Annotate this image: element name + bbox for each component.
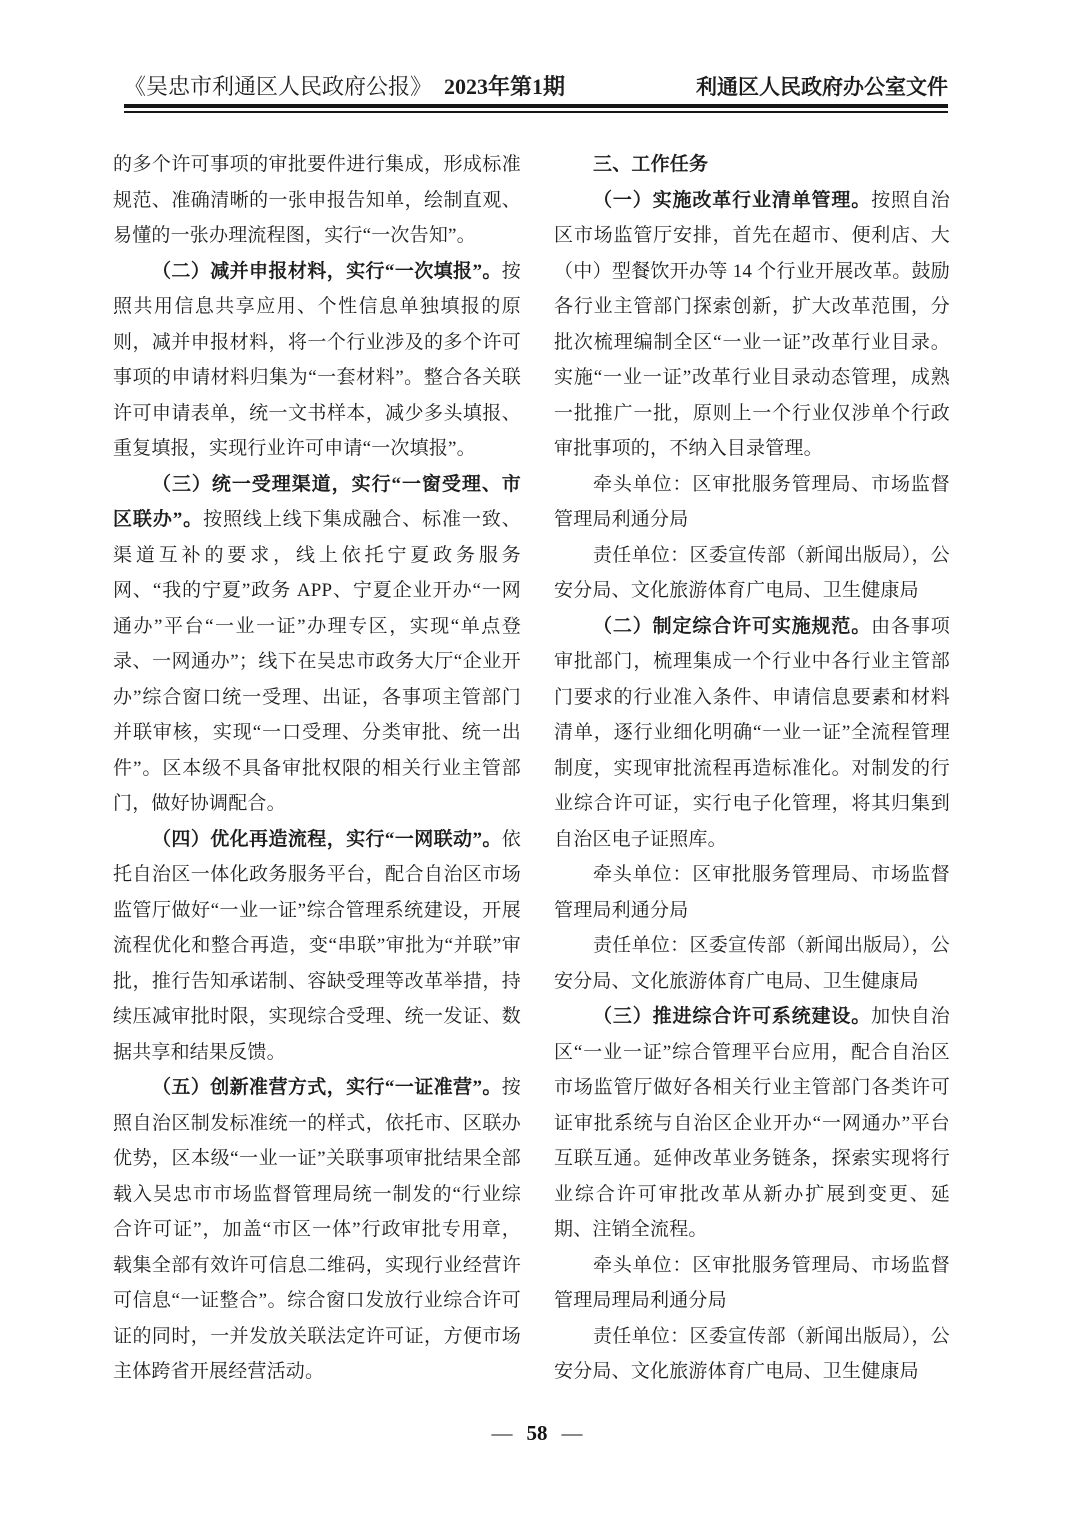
header-double-rule bbox=[124, 104, 948, 108]
paragraph-text: 责任单位：区委宣传部（新闻出版局），公安分局、文化旅游体育广电局、卫生健康局 bbox=[554, 1326, 950, 1383]
unit-line: 牵头单位：区审批服务管理局、市场监督管理局利通分局 bbox=[554, 857, 950, 928]
paragraph-text: 责任单位：区委宣传部（新闻出版局），公安分局、文化旅游体育广电局、卫生健康局 bbox=[554, 935, 950, 992]
body-paragraph: （一）实施改革行业清单管理。按照自治区市场监管厅安排，首先在超市、便利店、大（中… bbox=[554, 183, 950, 467]
page-footer: —58— bbox=[0, 1421, 1074, 1446]
paragraph-text: 责任单位：区委宣传部（新闻出版局），公安分局、文化旅游体育广电局、卫生健康局 bbox=[554, 545, 950, 602]
paragraph-text: 牵头单位：区审批服务管理局、市场监督管理局理局利通分局 bbox=[554, 1255, 950, 1312]
paragraph-text: 由各事项审批部门，梳理集成一个行业中各行业主管部门要求的行业准入条件、申请信息要… bbox=[554, 616, 950, 850]
gazette-issue: 2023年第1期 bbox=[444, 70, 565, 101]
paragraph-text: 依托自治区一体化政务服务平台，配合自治区市场监管厅做好“一业一证”综合管理系统建… bbox=[113, 829, 521, 1063]
page-header: 《吴忠市利通区人民政府公报》 2023年第1期 利通区人民政府办公室文件 bbox=[124, 70, 948, 101]
paragraph-text: 牵头单位：区审批服务管理局、市场监督管理局利通分局 bbox=[554, 864, 950, 921]
paragraph-text: 的多个许可事项的审批要件进行集成，形成标准规范、准确清晰的一张申报告知单，绘制直… bbox=[113, 154, 521, 246]
right-text-column: 三、工作任务（一）实施改革行业清单管理。按照自治区市场监管厅安排，首先在超市、便… bbox=[554, 147, 950, 1390]
paragraph-text: 加快自治区“一业一证”综合管理平台应用，配合自治区市场监管厅做好各相关行业主管部… bbox=[554, 1006, 950, 1240]
unit-line: 牵头单位：区审批服务管理局、市场监督管理局利通分局 bbox=[554, 467, 950, 538]
paragraph-text: 按照自治区制发标准统一的样式，依托市、区联办优势，区本级“一业一证”关联事项审批… bbox=[113, 1077, 521, 1382]
page-number: 58 bbox=[527, 1421, 548, 1445]
body-paragraph: （二）制定综合许可实施规范。由各事项审批部门，梳理集成一个行业中各行业主管部门要… bbox=[554, 609, 950, 858]
gazette-title: 《吴忠市利通区人民政府公报》 bbox=[124, 70, 432, 101]
unit-line: 责任单位：区委宣传部（新闻出版局），公安分局、文化旅游体育广电局、卫生健康局 bbox=[554, 1319, 950, 1390]
body-paragraph: （二）减并申报材料，实行“一次填报”。按照共用信息共享应用、个性信息单独填报的原… bbox=[113, 254, 521, 467]
body-paragraph: 的多个许可事项的审批要件进行集成，形成标准规范、准确清晰的一张申报告知单，绘制直… bbox=[113, 147, 521, 254]
paragraph-text: 按照线上线下集成融合、标准一致、渠道互补的要求，线上依托宁夏政务服务网、“我的宁… bbox=[113, 509, 521, 814]
doc-source-label: 利通区人民政府办公室文件 bbox=[696, 71, 948, 101]
paragraph-lead: （一）实施改革行业清单管理。 bbox=[593, 190, 871, 211]
paragraph-lead: （四）优化再造流程，实行“一网联动”。 bbox=[152, 829, 502, 850]
body-paragraph: （五）创新准营方式，实行“一证准营”。按照自治区制发标准统一的样式，依托市、区联… bbox=[113, 1070, 521, 1390]
body-paragraph: （三）统一受理渠道，实行“一窗受理、市区联办”。按照线上线下集成融合、标准一致、… bbox=[113, 467, 521, 822]
gazette-header-left: 《吴忠市利通区人民政府公报》 2023年第1期 bbox=[124, 70, 565, 101]
left-text-column: 的多个许可事项的审批要件进行集成，形成标准规范、准确清晰的一张申报告知单，绘制直… bbox=[113, 147, 521, 1390]
section-heading: 三、工作任务 bbox=[554, 147, 950, 183]
body-paragraph: （四）优化再造流程，实行“一网联动”。依托自治区一体化政务服务平台，配合自治区市… bbox=[113, 822, 521, 1071]
unit-line: 责任单位：区委宣传部（新闻出版局），公安分局、文化旅游体育广电局、卫生健康局 bbox=[554, 538, 950, 609]
footer-dash-right: — bbox=[562, 1421, 583, 1445]
paragraph-lead: （二）制定综合许可实施规范。 bbox=[593, 616, 871, 637]
unit-line: 牵头单位：区审批服务管理局、市场监督管理局理局利通分局 bbox=[554, 1248, 950, 1319]
unit-line: 责任单位：区委宣传部（新闻出版局），公安分局、文化旅游体育广电局、卫生健康局 bbox=[554, 928, 950, 999]
paragraph-lead: （三）推进综合许可系统建设。 bbox=[593, 1006, 871, 1027]
body-paragraph: （三）推进综合许可系统建设。加快自治区“一业一证”综合管理平台应用，配合自治区市… bbox=[554, 999, 950, 1248]
paragraph-text: 按照自治区市场监管厅安排，首先在超市、便利店、大（中）型餐饮开办等 14 个行业… bbox=[554, 190, 950, 460]
paragraph-text: 牵头单位：区审批服务管理局、市场监督管理局利通分局 bbox=[554, 474, 950, 531]
footer-dash-left: — bbox=[492, 1421, 513, 1445]
paragraph-text: 按照共用信息共享应用、个性信息单独填报的原则，减并申报材料，将一个行业涉及的多个… bbox=[113, 261, 521, 460]
paragraph-lead: （二）减并申报材料，实行“一次填报”。 bbox=[152, 261, 502, 282]
paragraph-lead: （五）创新准营方式，实行“一证准营”。 bbox=[152, 1077, 502, 1098]
